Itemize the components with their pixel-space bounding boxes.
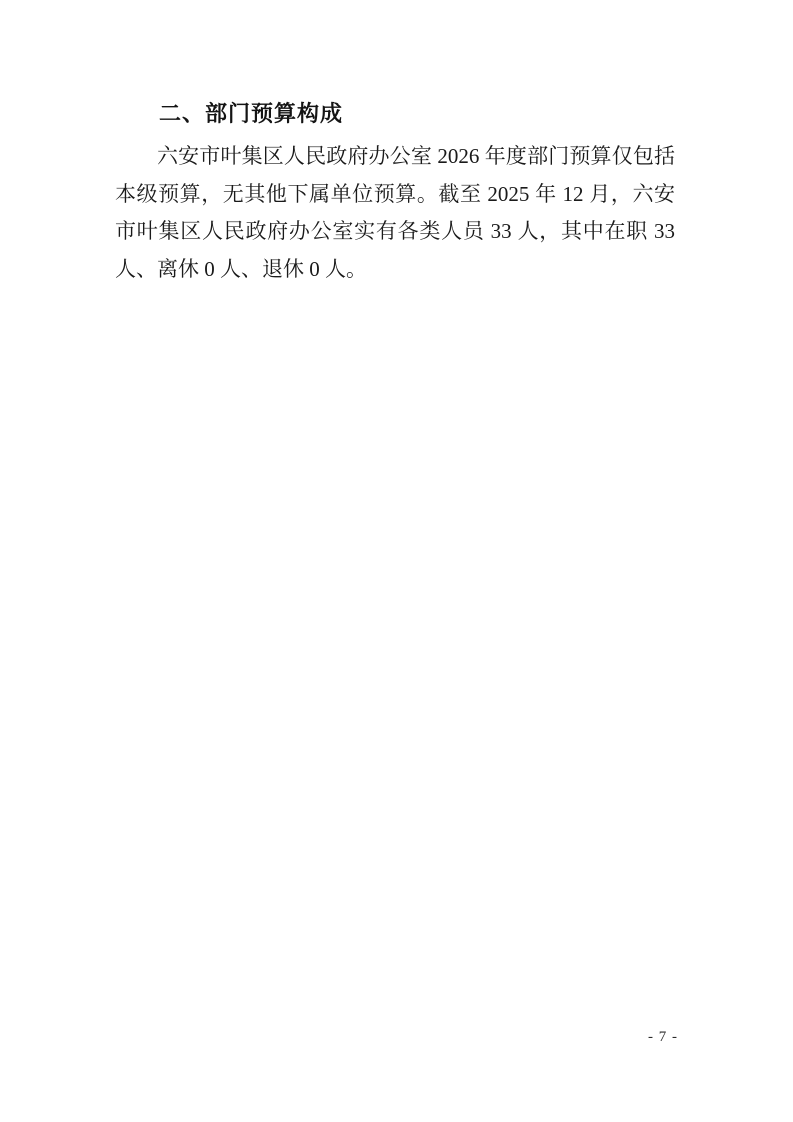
document-page: 二、部门预算构成 六安市叶集区人民政府办公室 2026 年度部门预算仅包括 本级…: [0, 0, 793, 1122]
body-paragraph: 六安市叶集区人民政府办公室 2026 年度部门预算仅包括 本级预算，无其他下属单…: [115, 138, 675, 288]
paragraph-line-1: 六安市叶集区人民政府办公室 2026 年度部门预算仅包括: [115, 138, 675, 176]
paragraph-line-4: 人、离休 0 人、退休 0 人。: [115, 251, 675, 289]
paragraph-line-2: 本级预算，无其他下属单位预算。截至 2025 年 12 月，六安: [115, 176, 675, 214]
section-heading: 二、部门预算构成: [115, 101, 675, 127]
paragraph-line-3: 市叶集区人民政府办公室实有各类人员 33 人，其中在职 33: [115, 213, 675, 251]
page-number: - 7 -: [640, 1028, 686, 1046]
